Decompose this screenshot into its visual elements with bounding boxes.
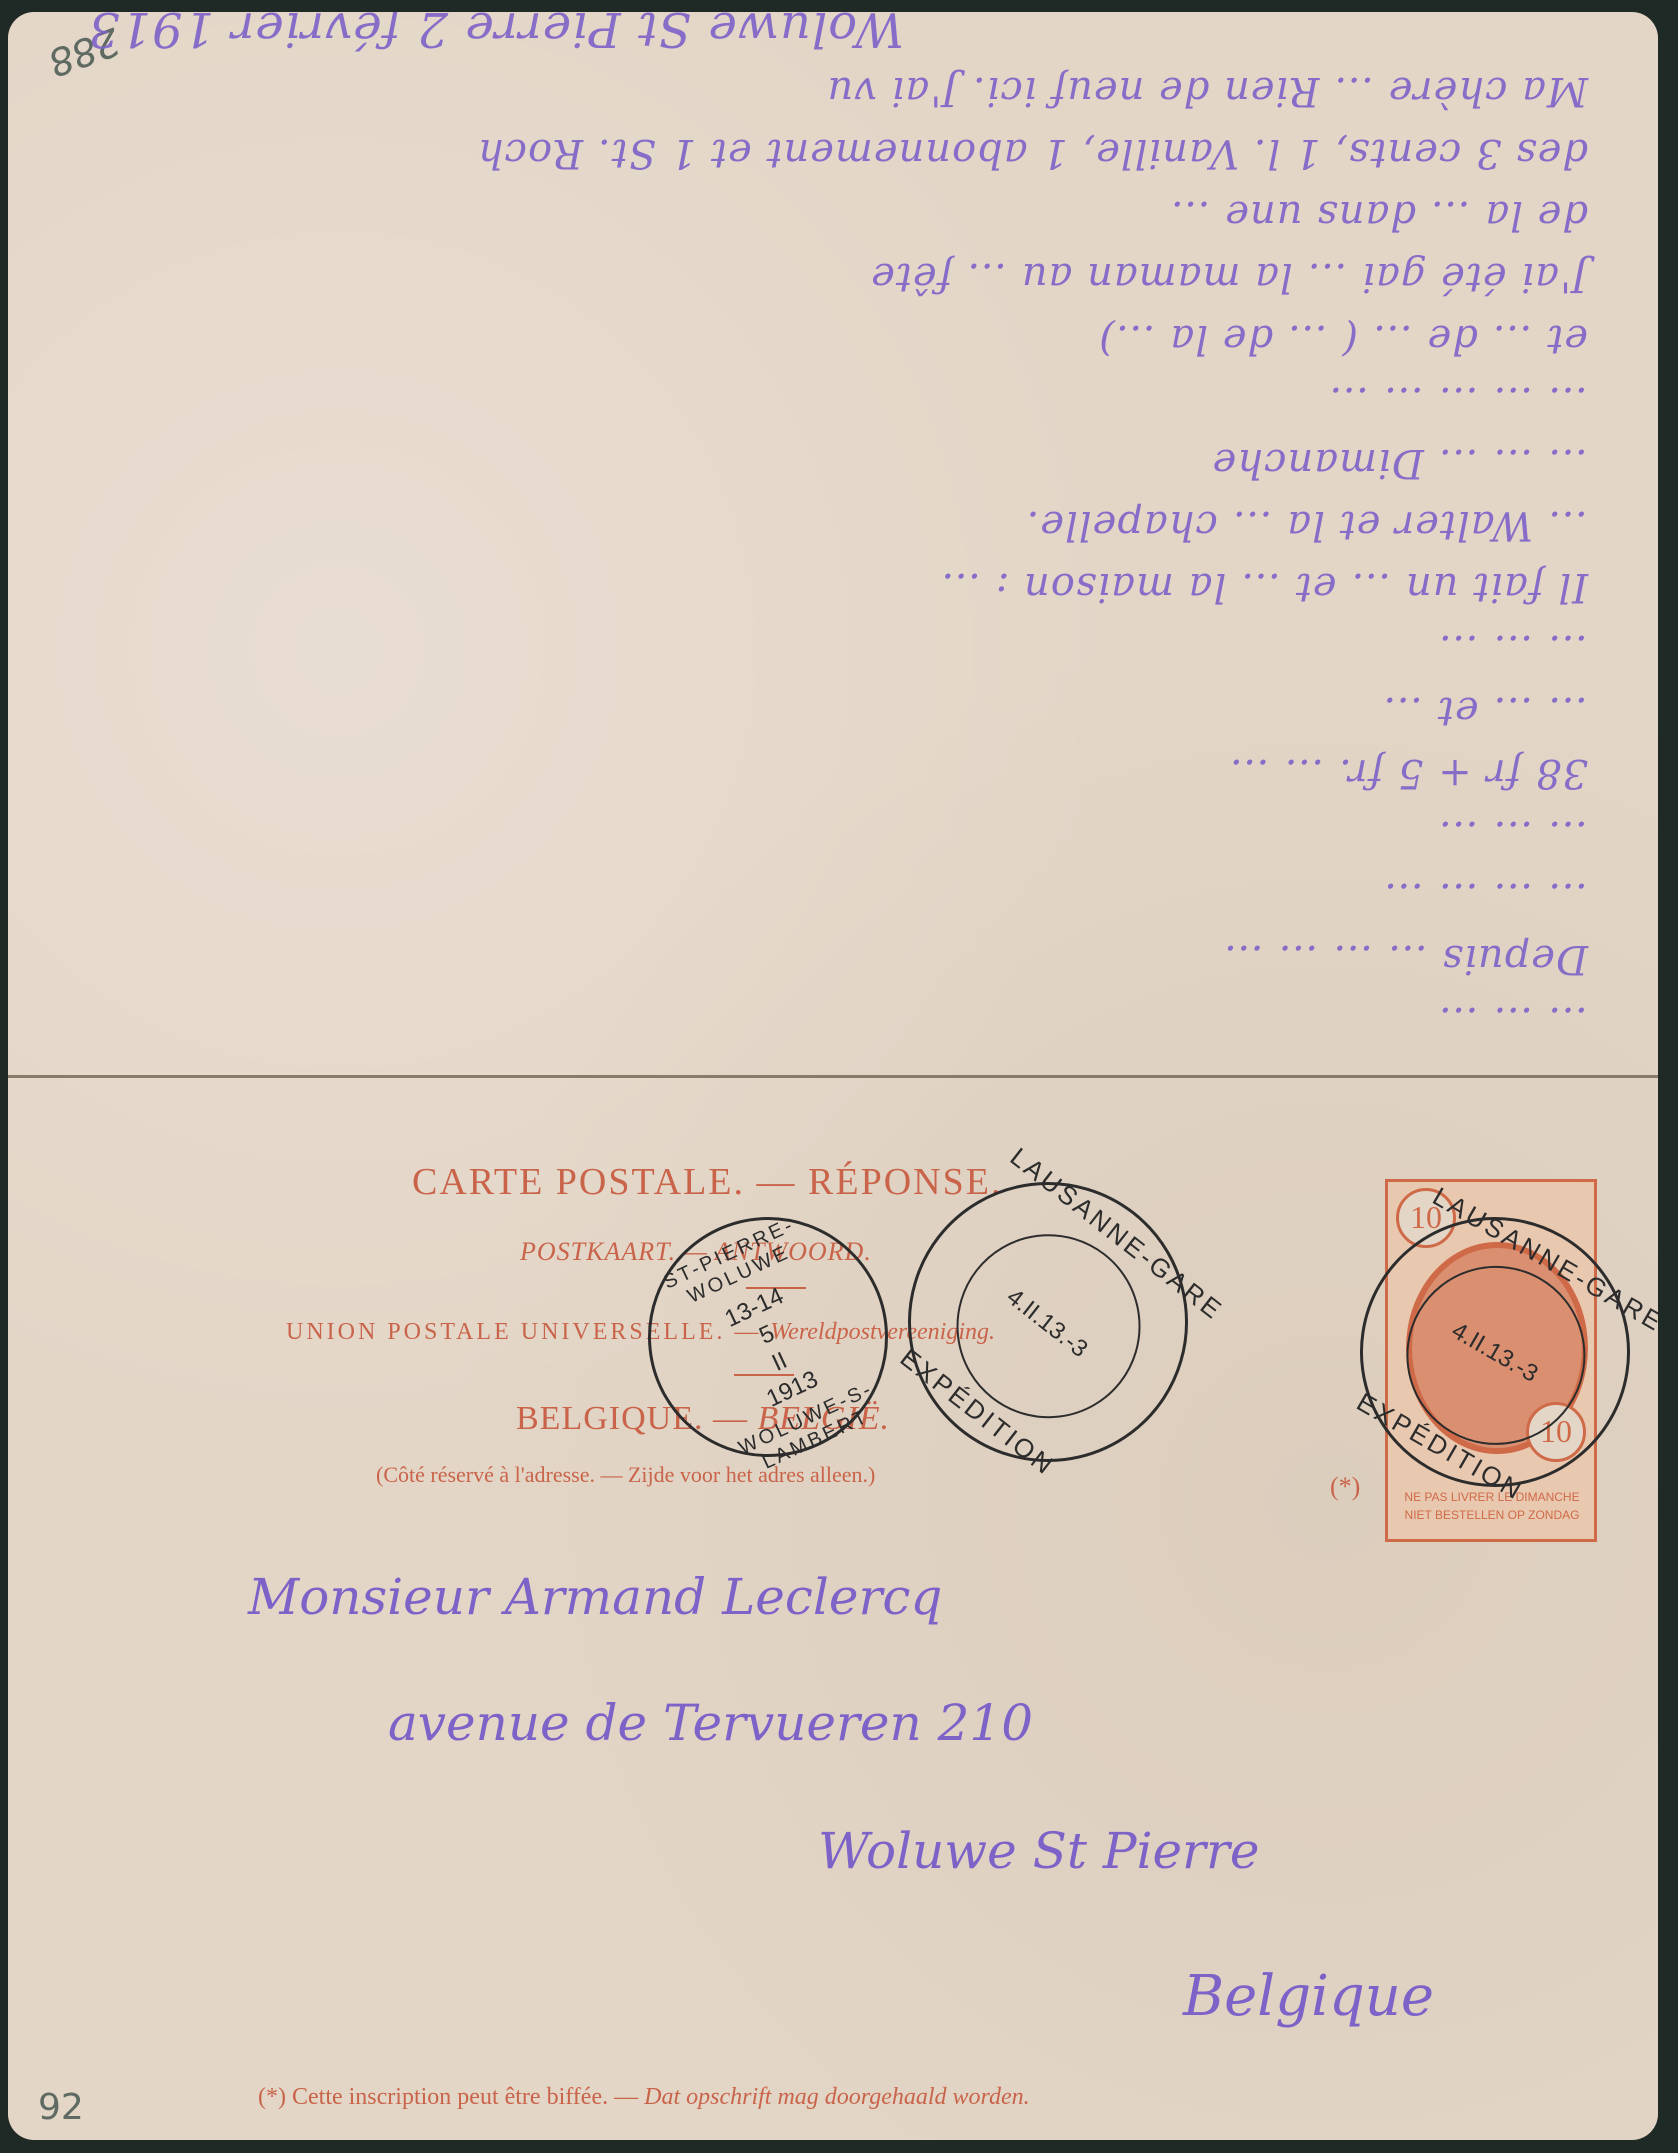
- stamp-note-nl: NIET BESTELLEN OP ZONDAG: [1394, 1508, 1590, 1522]
- address-line-4: Belgique: [1183, 1964, 1434, 2029]
- footnote: (*) Cette inscription peut être biffée. …: [258, 2084, 1030, 2111]
- footnote-fr: (*) Cette inscription peut être biffée.: [258, 2084, 608, 2110]
- message-line: … … … … …: [48, 370, 1588, 432]
- handwritten-message: … … … Depuis … … … … … … … … … … … 38 fr…: [48, 52, 1588, 1052]
- lausanne-postmark-stamp: LAUSANNE-GARE 4.II.13.-3 EXPÉDITION: [1311, 1168, 1658, 1537]
- message-line: … … … Dimanche: [48, 432, 1588, 494]
- message-line: Il fait un … et … la maison : …: [48, 556, 1588, 618]
- message-line: … … … …: [48, 866, 1588, 928]
- message-line: … … et …: [48, 680, 1588, 742]
- message-line: … … …: [48, 618, 1588, 680]
- message-line: des 3 cents, 1 l. Vanille, 1 abonnement …: [48, 122, 1588, 184]
- message-line: Ma chère … Rien de neuf ici. J'ai vu: [48, 60, 1588, 122]
- footnote-sep: —: [608, 2084, 644, 2110]
- message-line: … … …: [48, 804, 1588, 866]
- fold-line: [8, 1075, 1658, 1078]
- card-title: CARTE POSTALE. — RÉPONSE.: [412, 1160, 1002, 1204]
- message-line: 38 fr + 5 fr. … …: [48, 742, 1588, 804]
- address-line-2: avenue de Tervueren 210: [388, 1694, 1033, 1752]
- message-line: … … …: [48, 990, 1588, 1052]
- message-line: J'ai été gai … la maman au … fête: [48, 246, 1588, 308]
- address-side-note: (Côté réservé à l'adresse. — Zijde voor …: [376, 1462, 875, 1488]
- address-line-3: Woluwe St Pierre: [818, 1822, 1259, 1880]
- message-line: Depuis … … … …: [48, 928, 1588, 990]
- footnote-nl: Dat opschrift mag doorgehaald worden.: [644, 2084, 1030, 2110]
- message-dateline: Woluwe St Pierre 2 février 1913: [48, 12, 1588, 60]
- message-line: et … de … ( … de la …): [48, 308, 1588, 370]
- message-line: de la … dans une …: [48, 184, 1588, 246]
- message-line: … Walter et la … chapelle.: [48, 494, 1588, 556]
- archive-number-bottom: 92: [38, 2087, 84, 2128]
- address-line-1: Monsieur Armand Leclercq: [248, 1568, 942, 1626]
- postcard: 288 … … … Depuis … … … … … … … … … … … 3…: [8, 12, 1658, 2140]
- asterisk-mark: (*): [1330, 1472, 1360, 1502]
